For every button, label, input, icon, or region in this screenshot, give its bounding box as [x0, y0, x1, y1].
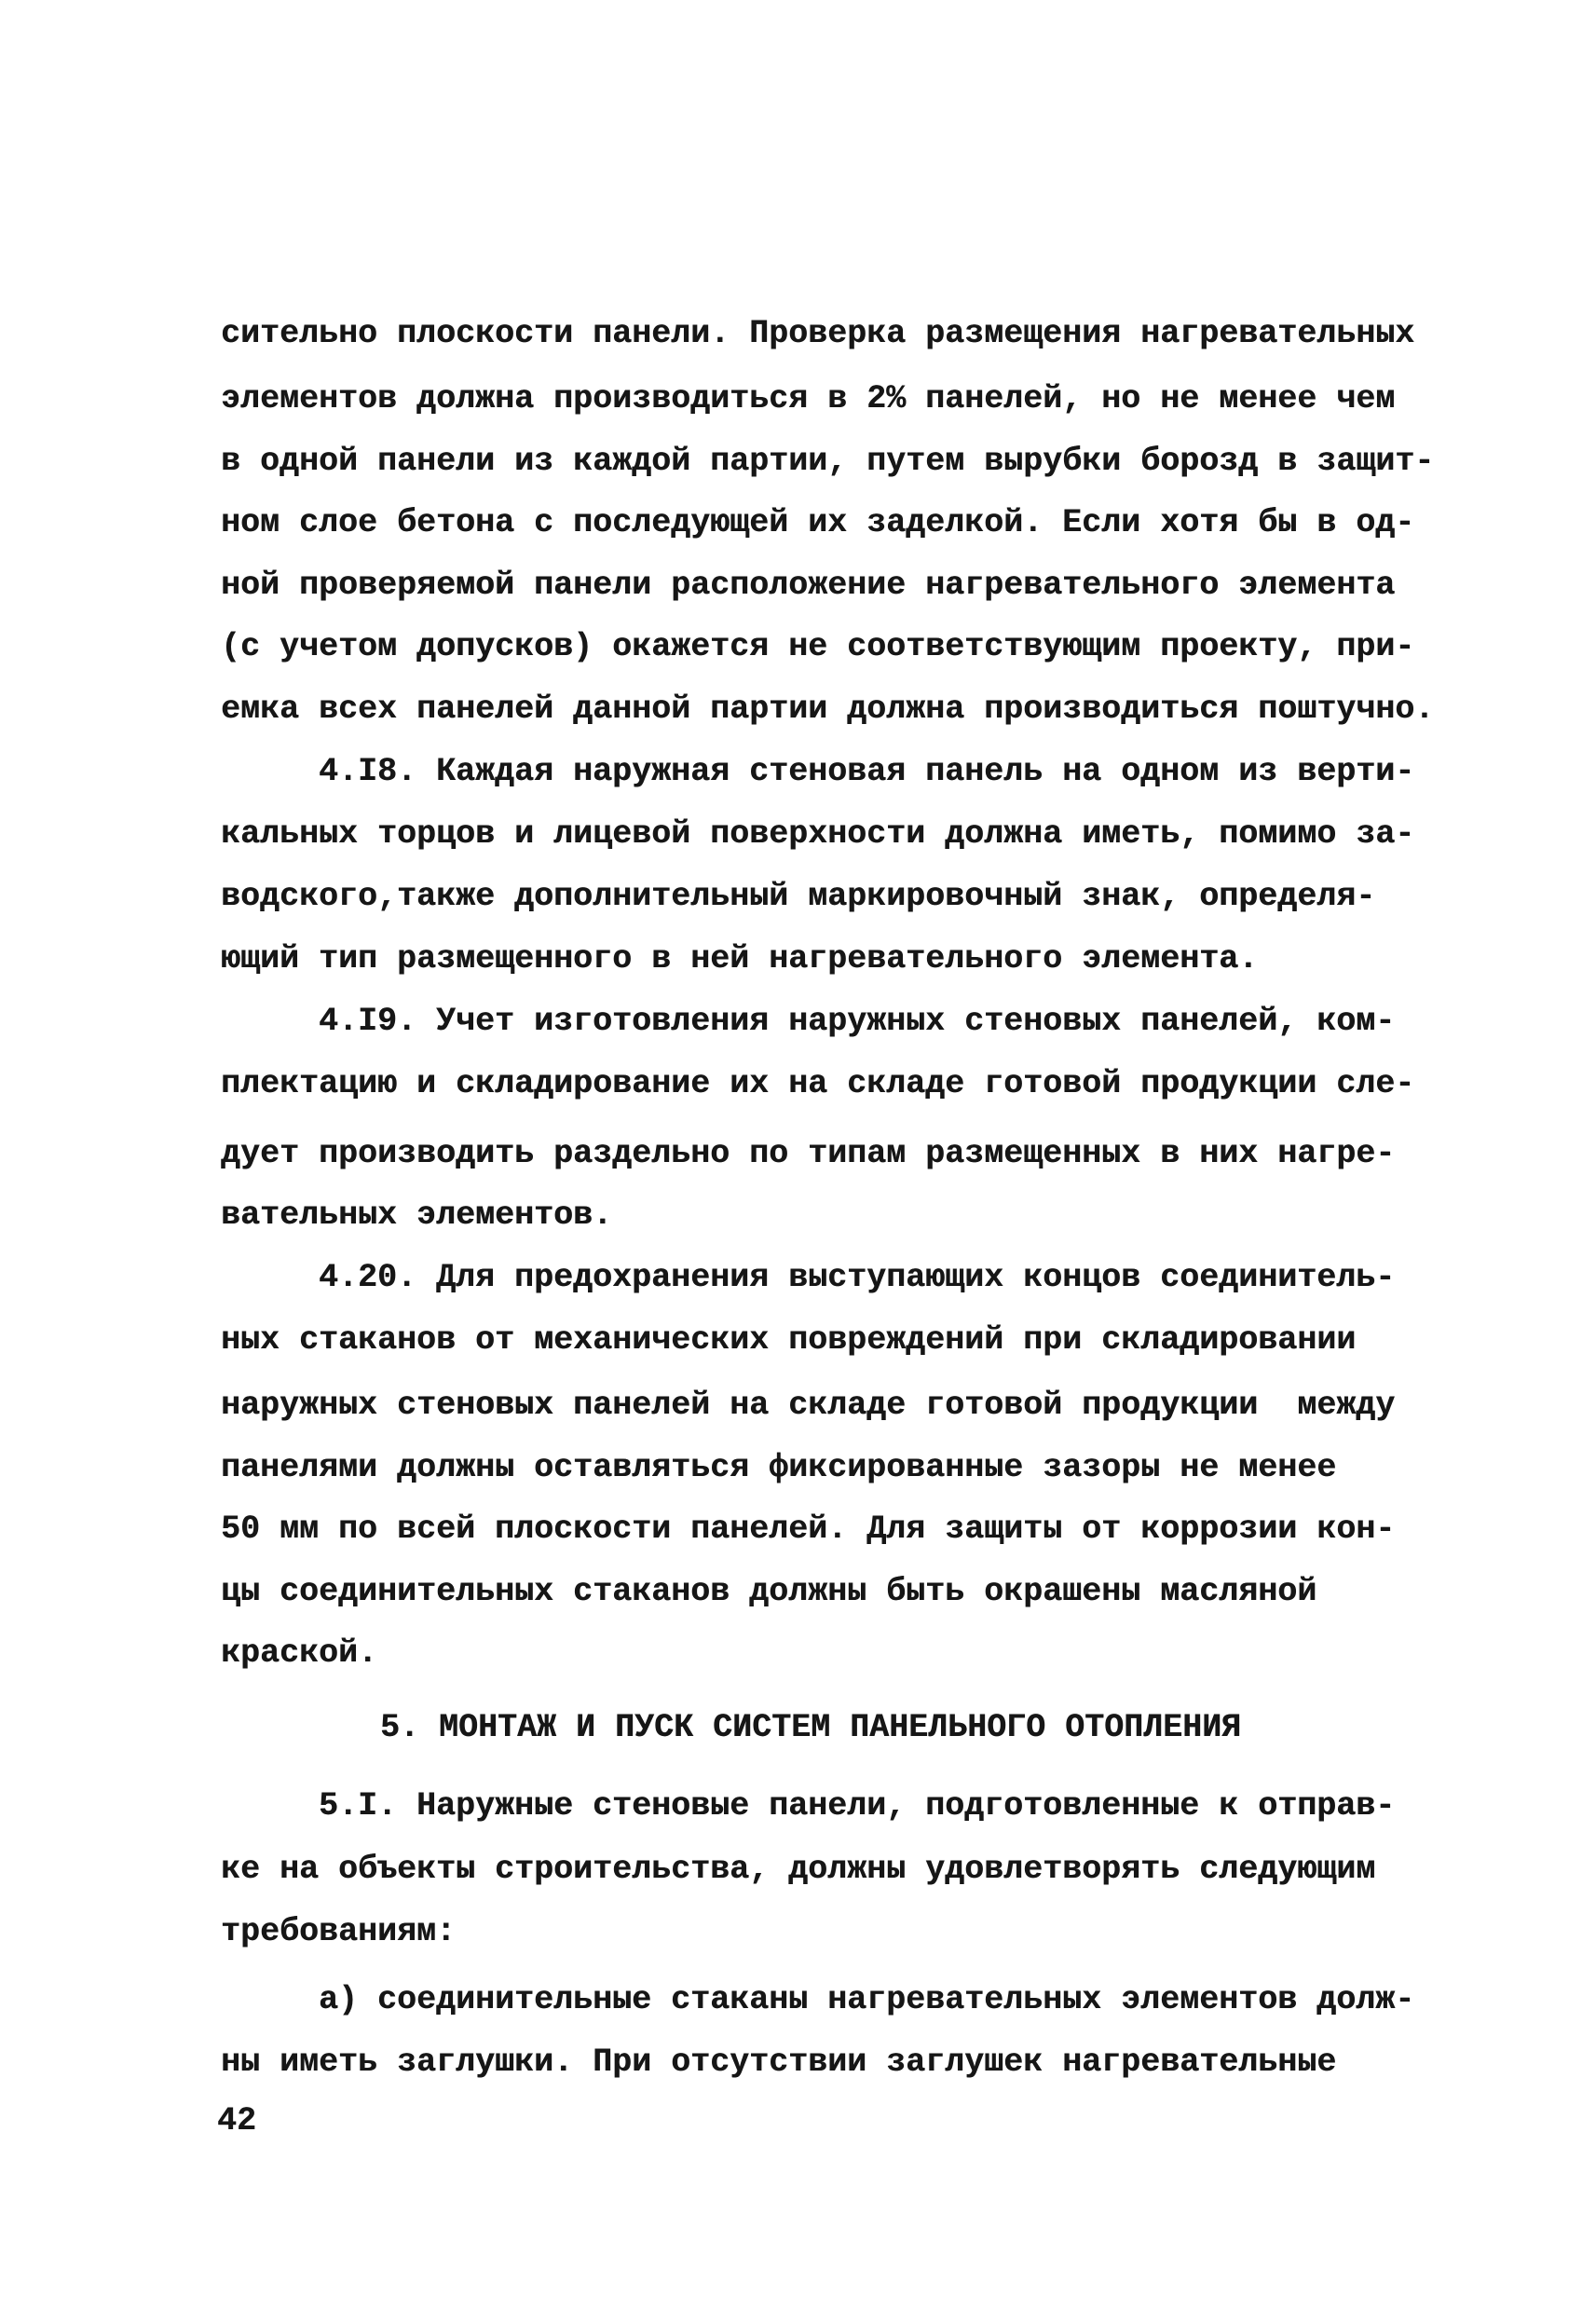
text-line: водского,также дополнительный маркировоч…	[221, 881, 1375, 913]
text-line: панелями должны оставляться фиксированны…	[221, 1452, 1336, 1484]
section-heading: 5. МОНТАЖ И ПУСК СИСТЕМ ПАНЕЛЬНОГО ОТОПЛ…	[380, 1712, 1241, 1744]
text-line: краской.	[221, 1637, 377, 1670]
text-line: наружных стеновых панелей на складе гото…	[221, 1389, 1395, 1422]
text-line: 5.I. Наружные стеновые панели, подготовл…	[319, 1790, 1395, 1823]
text-line: требованиям:	[221, 1916, 456, 1948]
text-line: емка всех панелей данной партии должна п…	[221, 693, 1434, 726]
text-line: ны иметь заглушки. При отсутствии заглуш…	[221, 2046, 1336, 2079]
text-line: кальных торцов и лицевой поверхности дол…	[221, 818, 1414, 851]
text-line: плектацию и складирование их на складе г…	[221, 1068, 1414, 1100]
text-line: дует производить раздельно по типам разм…	[221, 1138, 1395, 1170]
page-number: 42	[217, 2105, 256, 2138]
text-line: 4.20. Для предохранения выступающих конц…	[319, 1262, 1395, 1294]
text-line: цы соединительных стаканов должны быть о…	[221, 1576, 1316, 1608]
text-line: ющий тип размещенного в ней нагревательн…	[221, 943, 1258, 976]
text-line: (с учетом допусков) окажется не соответс…	[221, 631, 1414, 663]
text-line: в одной панели из каждой партии, путем в…	[221, 445, 1434, 478]
text-line: 4.I8. Каждая наружная стеновая панель на…	[319, 756, 1414, 788]
text-line: 4.I9. Учет изготовления наружных стеновы…	[319, 1005, 1395, 1038]
text-line: вательных элементов.	[221, 1199, 612, 1232]
text-line: ке на объекты строительства, должны удов…	[221, 1853, 1375, 1886]
text-line: сительно плоскости панели. Проверка разм…	[221, 318, 1414, 350]
text-line: элементов должна производиться в 2% пане…	[221, 383, 1395, 416]
text-line: ной проверяемой панели расположение нагр…	[221, 569, 1395, 602]
text-line: 50 мм по всей плоскости панелей. Для защ…	[221, 1513, 1395, 1546]
text-line: а) соединительные стаканы нагревательных…	[319, 1984, 1414, 2016]
text-line: ном слое бетона с последующей их заделко…	[221, 507, 1414, 540]
text-line: ных стаканов от механических повреждений…	[221, 1324, 1356, 1357]
document-page: сительно плоскости панели. Проверка разм…	[0, 0, 1596, 2310]
